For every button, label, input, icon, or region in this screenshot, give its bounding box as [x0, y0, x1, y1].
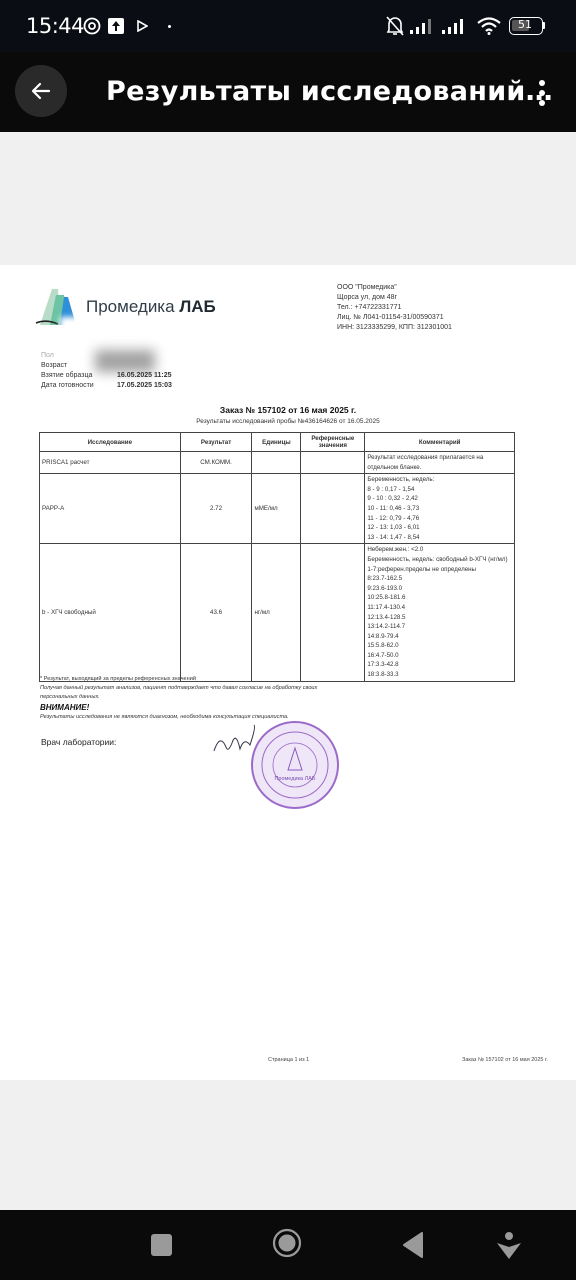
test-result: 43.6: [180, 544, 252, 682]
out-of-range-note: * Результат, выходящий за пределы рефере…: [40, 675, 340, 684]
comment-line: 9:23.6-193.0: [367, 584, 512, 594]
comment-line: 8:23.7-162.5: [367, 574, 512, 584]
patient-row: Дата готовности17.05.2025 15:03: [41, 381, 172, 391]
patient-row: Взятие образца16.05.2025 11:25: [41, 371, 172, 381]
test-units: [252, 452, 301, 474]
column-header: Единицы: [252, 433, 301, 452]
organization-info: ООО "Промедика" Щорса ул, дом 48г Тел.: …: [337, 283, 452, 333]
upload-icon: [108, 18, 124, 34]
comment-line: 11 - 12: 0,79 - 4,76: [367, 514, 512, 524]
arrow-left-icon: [29, 79, 53, 103]
svg-text:Промедика ЛАБ: Промедика ЛАБ: [274, 776, 315, 782]
page-title: Результаты исследований…: [106, 76, 553, 107]
comment-line: 13:14.2-114.7: [367, 622, 512, 632]
document-page[interactable]: Промедика ЛАБ ООО "Промедика" Щорса ул, …: [0, 265, 576, 1080]
column-header: Референсные значения: [301, 433, 365, 452]
comment-line: 15:5.8-62.0: [367, 641, 512, 651]
test-name: PAPP-A: [40, 474, 181, 544]
comment-line: 13 - 14: 1,47 - 8,54: [367, 533, 512, 543]
table-row: PRISCA1 расчет СМ.КОММ. Результат исслед…: [40, 452, 515, 474]
wifi-icon: [477, 17, 501, 35]
test-reference: [301, 544, 365, 682]
signal-icon: [410, 18, 438, 34]
comment-line: 10 - 11: 0,46 - 3,73: [367, 504, 512, 514]
comment-line: 8 - 9 : 0,17 - 1,54: [367, 485, 512, 495]
stamp-icon: Промедика ЛАБ: [248, 720, 342, 810]
accessibility-button[interactable]: [495, 1231, 523, 1261]
test-units: нг/мл: [252, 544, 301, 682]
comment-line: 16:4.7-50.0: [367, 651, 512, 661]
more-options-button[interactable]: [530, 76, 554, 110]
test-comment: Беременность, недель:8 - 9 : 0,17 - 1,54…: [365, 474, 515, 544]
nav-bar: [0, 1210, 576, 1280]
test-reference: [301, 474, 365, 544]
page-counter: Страница 1 из 1: [268, 1057, 309, 1063]
patient-row: Возраст: [41, 361, 172, 371]
recents-button[interactable]: [151, 1234, 172, 1256]
comment-line: 9 - 10 : 0,32 - 2,42: [367, 494, 512, 504]
table-row: PAPP-A 2.72 мМЕ/мл Беременность, недель:…: [40, 474, 515, 544]
comment-line: 18:3.8-33.3: [367, 670, 512, 680]
back-icon: [404, 1233, 422, 1257]
accessibility-icon: [505, 1232, 513, 1240]
test-result: 2.72: [180, 474, 252, 544]
home-button[interactable]: [272, 1228, 302, 1258]
column-header: Исследование: [40, 433, 181, 452]
column-header: Комментарий: [365, 433, 515, 452]
comment-line: 1-7:референ.пределы не определены: [367, 565, 512, 575]
logo-brand: Промедика ЛАБ: [86, 297, 216, 317]
bell-off-icon: [385, 15, 405, 37]
order-title: Заказ № 157102 от 16 мая 2025 г.: [0, 405, 576, 415]
test-result: СМ.КОММ.: [180, 452, 252, 474]
test-name: b - ХГЧ свободный: [40, 544, 181, 682]
consent-note: Получая данный результат анализов, пацие…: [40, 685, 317, 700]
table-header-row: Исследование Результат Единицы Референсн…: [40, 433, 515, 452]
test-reference: [301, 452, 365, 474]
comment-line: Беременность, недель:: [367, 475, 512, 485]
comment-line: 10:25.8-181.6: [367, 593, 512, 603]
test-comment: Результат исследования прилагается на от…: [365, 452, 515, 474]
comment-line: Неберем.жен.: <2.0: [367, 545, 512, 555]
at-sign-icon: [83, 17, 101, 35]
more-vertical-icon: [539, 80, 545, 86]
footer-order: Заказ № 157102 от 16 мая 2025 г.: [462, 1057, 548, 1063]
comment-line: Беременность, недель: свободный b-ХГЧ (н…: [367, 555, 512, 565]
back-button[interactable]: [15, 65, 67, 117]
patient-info: Пол Возраст Взятие образца16.05.2025 11:…: [41, 351, 172, 391]
comment-line: 17:3.3-42.8: [367, 660, 512, 670]
play-store-icon: [136, 20, 148, 32]
test-name: PRISCA1 расчет: [40, 452, 181, 474]
table-row: b - ХГЧ свободный 43.6 нг/мл Неберем.жен…: [40, 544, 515, 682]
notes: * Результат, выходящий за пределы рефере…: [40, 675, 340, 722]
battery-level: 51: [510, 18, 540, 32]
dot-icon: [168, 25, 171, 28]
test-units: мМЕ/мл: [252, 474, 301, 544]
patient-row: Пол: [41, 351, 172, 361]
doctor-label: Врач лаборатории:: [41, 737, 116, 747]
signal-icon: [442, 18, 470, 34]
test-comment: Неберем.жен.: <2.0Беременность, недель: …: [365, 544, 515, 682]
warning-title: ВНИМАНИЕ!: [40, 702, 340, 713]
app-bar: Результаты исследований…: [0, 52, 576, 132]
column-header: Результат: [180, 433, 252, 452]
comment-line: 11:17.4-130.4: [367, 603, 512, 613]
order-subtitle: Результаты исследований пробы №436164626…: [0, 418, 576, 425]
comment-line: 12 - 13: 1,03 - 6,01: [367, 523, 512, 533]
status-time: 15:44: [26, 14, 84, 38]
comment-line: 14:8.9-79.4: [367, 632, 512, 642]
status-bar: 15:44 51: [0, 0, 576, 52]
comment-line: 12:13.4-128.5: [367, 613, 512, 623]
back-nav-button[interactable]: [402, 1232, 424, 1258]
results-table: Исследование Результат Единицы Референсн…: [39, 432, 515, 682]
battery-icon: 51: [509, 17, 543, 35]
